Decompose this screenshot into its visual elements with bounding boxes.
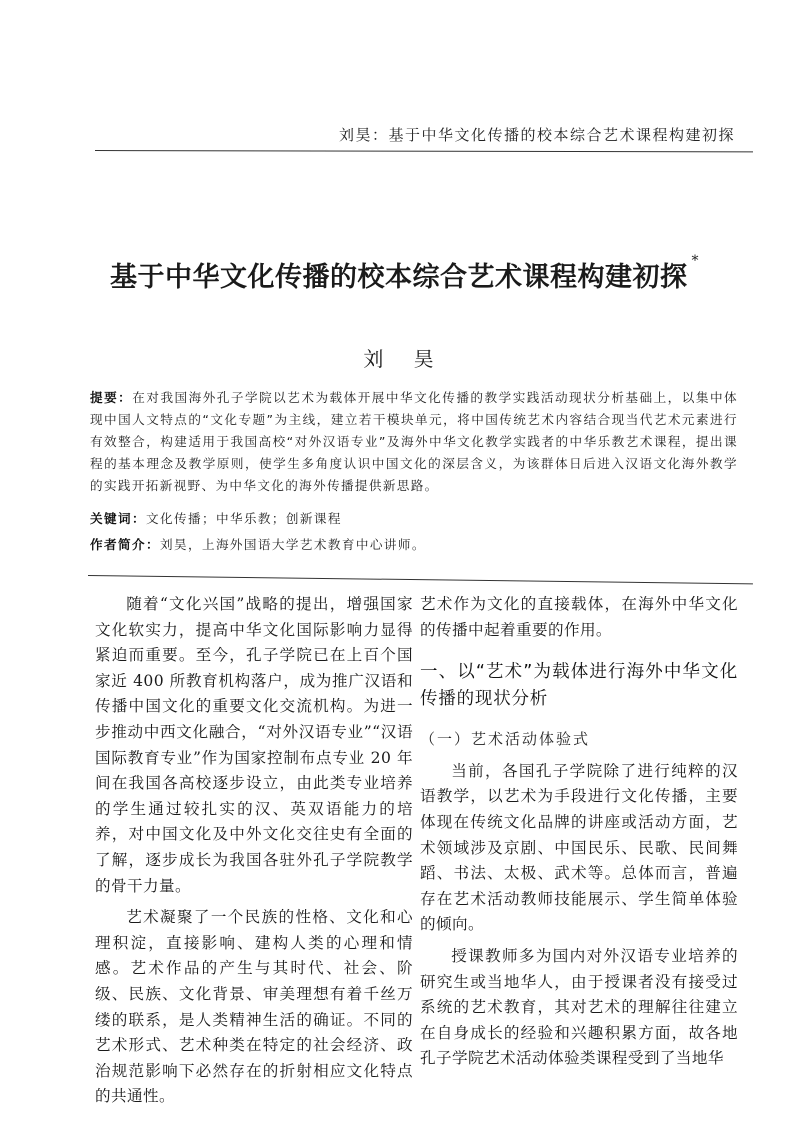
body-paragraph: 艺术凝聚了一个民族的性格、文化和心理积淀，直接影响、建构人类的心理和情感。艺术作… bbox=[95, 905, 413, 1110]
abstract-text: 在对我国海外孔子学院以艺术为载体开展中华文化传播的教学实践活动现状分析基础上，以… bbox=[90, 390, 738, 493]
body-paragraph-continuation: 艺术作为文化的直接载体，在海外中华文化的传播中起着重要的作用。 bbox=[420, 592, 738, 643]
section-divider bbox=[88, 575, 753, 584]
keywords-label: 关键词： bbox=[90, 511, 146, 526]
author-info: 作者简介：刘昊，上海外国语大学艺术教育中心讲师。 bbox=[90, 534, 426, 553]
running-head: 刘昊：基于中华文化传播的校本综合艺术课程构建初探 bbox=[95, 124, 735, 145]
body-right-column: 艺术作为文化的直接载体，在海外中华文化的传播中起着重要的作用。 一、以“艺术”为… bbox=[420, 592, 738, 1072]
body-paragraph: 随着“文化兴国”战略的提出，增强国家文化软实力，提高中华文化国际影响力显得紧迫而… bbox=[95, 592, 413, 899]
article-title-text: 基于中华文化传播的校本综合艺术课程构建初探 bbox=[110, 262, 688, 293]
header-rule bbox=[95, 150, 753, 152]
abstract-label: 提要： bbox=[90, 390, 132, 405]
body-left-column: 随着“文化兴国”战略的提出，增强国家文化软实力，提高中华文化国际影响力显得紧迫而… bbox=[95, 592, 413, 1110]
author-info-label: 作者简介： bbox=[90, 537, 160, 552]
subsection-heading: （一）艺术活动体验式 bbox=[420, 727, 738, 753]
body-paragraph: 当前，各国孔子学院除了进行纯粹的汉语教学，以艺术为手段进行文化传播，主要体现在传… bbox=[420, 759, 738, 938]
section-heading: 一、以“艺术”为载体进行海外中华文化传播的现状分析 bbox=[420, 659, 738, 713]
article-author: 刘 昊 bbox=[0, 343, 799, 372]
abstract: 提要：在对我国海外孔子学院以艺术为载体开展中华文化传播的教学实践活动现状分析基础… bbox=[90, 387, 738, 497]
title-footnote-mark: * bbox=[692, 253, 700, 269]
author-info-text: 刘昊，上海外国语大学艺术教育中心讲师。 bbox=[160, 537, 426, 552]
keywords-text: 文化传播；中华乐教；创新课程 bbox=[146, 511, 342, 526]
keywords: 关键词：文化传播；中华乐教；创新课程 bbox=[90, 508, 342, 527]
body-paragraph: 授课教师多为国内对外汉语专业培养的研究生或当地华人，由于授课者没有接受过系统的艺… bbox=[420, 944, 738, 1072]
article-title: 基于中华文化传播的校本综合艺术课程构建初探* bbox=[110, 255, 730, 294]
